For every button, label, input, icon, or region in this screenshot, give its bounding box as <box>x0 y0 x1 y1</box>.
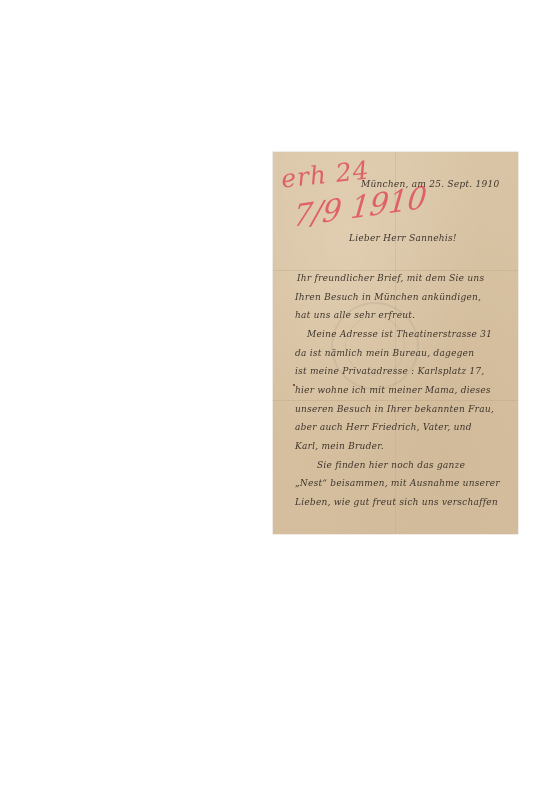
letter-body-line: „Nest“ beisammen, mit Ausnahme unserer <box>295 479 500 489</box>
handwritten-letter-page: erh 24 7/9 1910 München, am 25. Sept. 19… <box>273 152 518 534</box>
letter-body-line: da ist nämlich mein Bureau, dagegen <box>295 349 474 359</box>
ink-spot <box>293 384 295 386</box>
letter-body-line: unseren Besuch in Ihrer bekannten Frau, <box>295 405 494 415</box>
letter-body-line: Sie finden hier noch das ganze <box>317 461 465 471</box>
letter-body-line: Ihr freundlicher Brief, mit dem Sie uns <box>297 274 484 284</box>
letter-body-line: Karl, mein Bruder. <box>295 442 384 452</box>
letter-date-line: München, am 25. Sept. 1910 <box>361 180 499 190</box>
letter-salutation: Lieber Herr Sannehis! <box>349 234 457 244</box>
letter-body-line: Meine Adresse ist Theatinerstrasse 31 <box>307 330 492 340</box>
letter-body-line: aber auch Herr Friedrich, Vater, und <box>295 423 472 433</box>
red-pencil-annotation-line1: erh 24 <box>280 155 371 193</box>
letter-body-line: Lieben, wie gut freut sich uns verschaff… <box>295 498 498 508</box>
letter-body-line: ist meine Privatadresse : Karlsplatz 17, <box>295 367 485 377</box>
letter-body-line: hat uns alle sehr erfreut. <box>295 311 415 321</box>
letter-body-line: Ihren Besuch in München ankündigen, <box>295 293 481 303</box>
letter-body-line: hier wohne ich mit meiner Mama, dieses <box>295 386 491 396</box>
